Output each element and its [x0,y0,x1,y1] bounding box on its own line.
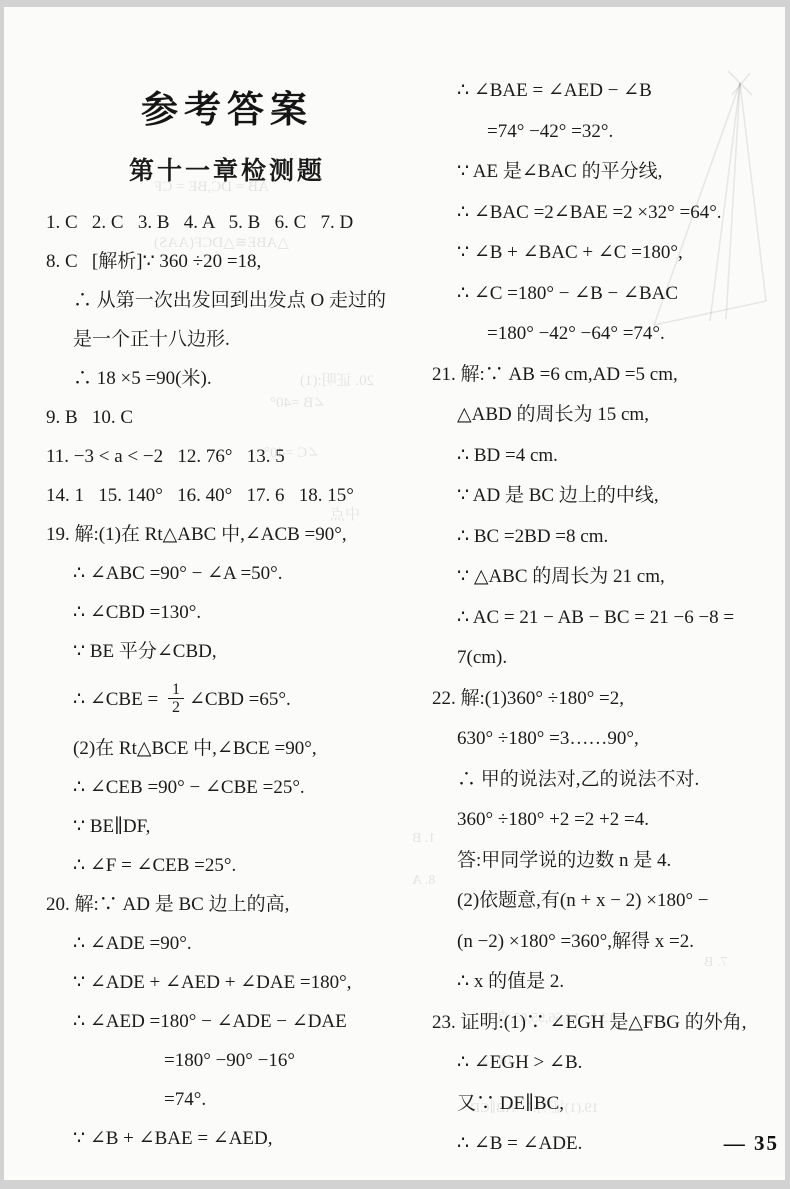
answer-line: ∴ ∠AED =180° − ∠ADE − ∠DAE [46,1002,412,1041]
answer-line: 21. 解:∵ AB =6 cm,AD =5 cm, [432,355,784,396]
section-title: 第十一章检测题 [46,151,408,187]
page-number: — 35 [724,1131,781,1156]
answer-text: ∴ ∠CBE = [73,689,163,710]
answer-line: ∵ AE 是∠BAC 的平分线, [432,152,784,193]
answer-line: 8. C [解析]∵ 360 ÷20 =18, [46,242,412,281]
answer-line: 630° ÷180° =3……90°, [432,719,784,760]
answer-line: (2)依题意,有(n + x − 2) ×180° − [432,881,784,922]
answer-line: ∵ AD 是 BC 边上的中线, [432,476,784,517]
answer-line: ∴ ∠ADE =90°. [46,924,412,963]
answer-line: 7(cm). [432,638,784,679]
answer-line: =180° −90° −16° [46,1041,412,1080]
answer-line: ∴ ∠ABC =90° − ∠A =50°. [46,554,412,593]
answer-line: 是一个正十八边形. [46,320,412,359]
answer-line: =74° −42° =32°. [432,112,784,153]
page-title: 参考答案 [46,79,408,133]
answer-line: ∴ BC =2BD =8 cm. [432,517,784,558]
answer-line: ∵ ∠ADE + ∠AED + ∠DAE =180°, [46,963,412,1002]
answer-line: ∴ ∠CEB =90° − ∠CBE =25°. [46,768,412,807]
answer-line: 20. 解:∵ AD 是 BC 边上的高, [46,885,412,924]
answer-line: ∵ △ABC 的周长为 21 cm, [432,557,784,598]
answer-line: 360° ÷180° +2 =2 +2 =4. [432,800,784,841]
scanned-answer-page: { "page": { "title": "参考答案", "section_ti… [0,0,790,1189]
answers-left-column: 1. C 2. C 3. B 4. A 5. B 6. C 7. D8. C [… [46,203,412,1158]
answer-text: ∠CBD =65°. [189,689,291,710]
fraction: 12 [168,681,184,717]
answer-line: 9. B 10. C [46,398,412,437]
answer-line: ∴ 甲的说法对,乙的说法不对. [432,760,784,801]
answer-line: =74°. [46,1080,412,1119]
heading-block: 参考答案 第十一章检测题 [46,79,408,187]
answer-line: 22. 解:(1)360° ÷180° =2, [432,679,784,720]
answers-right-column: ∴ ∠BAE = ∠AED − ∠B=74° −42° =32°.∵ AE 是∠… [432,71,784,1165]
answer-line: 19. 解:(1)在 Rt△ABC 中,∠ACB =90°, [46,515,412,554]
answer-line: ∴ 从第一次出发回到出发点 O 走过的 [46,281,412,320]
answer-line: ∴ ∠F = ∠CEB =25°. [46,846,412,885]
answer-line: 又∵ DE∥BC, [432,1084,784,1125]
answer-line: 1. C 2. C 3. B 4. A 5. B 6. C 7. D [46,203,412,242]
answer-line: ∴ ∠BAE = ∠AED − ∠B [432,71,784,112]
answer-line: ∵ BE∥DF, [46,807,412,846]
answer-line: 11. −3 < a < −2 12. 76° 13. 5 [46,437,412,476]
answer-line: ∴ AC = 21 − AB − BC = 21 −6 −8 = [432,598,784,639]
answer-line: 答:甲同学说的边数 n 是 4. [432,841,784,882]
answer-line: =180° −42° −64° =74°. [432,314,784,355]
answer-line: 14. 1 15. 140° 16. 40° 17. 6 18. 15° [46,476,412,515]
answer-line: ∵ ∠B + ∠BAE = ∠AED, [46,1119,412,1158]
answer-line: ∴ ∠CBD =130°. [46,593,412,632]
answer-line: △ABD 的周长为 15 cm, [432,395,784,436]
answer-line: ∴ 18 ×5 =90(米). [46,359,412,398]
answer-line: ∴ x 的值是 2. [432,962,784,1003]
answer-line: ∴ ∠C =180° − ∠B − ∠BAC [432,274,784,315]
answer-line: (n −2) ×180° =360°,解得 x =2. [432,922,784,963]
answer-line: ∴ ∠CBE = 12∠CBD =65°. [46,671,412,729]
answer-line: ∵ ∠B + ∠BAC + ∠C =180°, [432,233,784,274]
answer-line: ∴ ∠EGH > ∠B. [432,1043,784,1084]
answer-line: ∴ ∠BAC =2∠BAE =2 ×32° =64°. [432,193,784,234]
answer-line: 23. 证明:(1)∵ ∠EGH 是△FBG 的外角, [432,1003,784,1044]
paper-page: AB = DC,BE = CF△ABE≌△DCF(AAS)∠B =40°∠C =… [4,7,785,1180]
answer-line: ∵ BE 平分∠CBD, [46,632,412,671]
answer-line: (2)在 Rt△BCE 中,∠BCE =90°, [46,729,412,768]
answer-line: ∴ BD =4 cm. [432,436,784,477]
